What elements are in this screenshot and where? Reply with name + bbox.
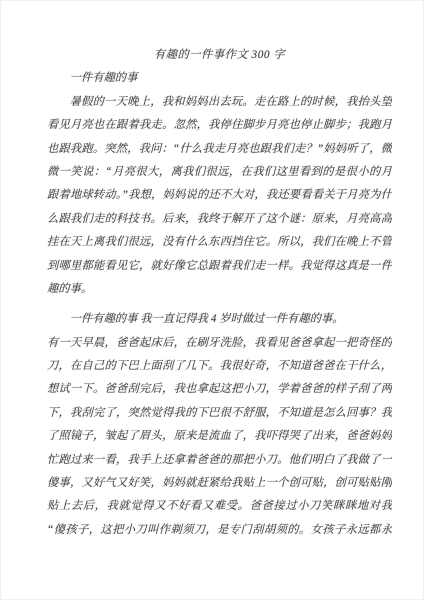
essay1-line: 趣的事。 — [47, 278, 392, 301]
essay1-line: 跟着地球转动。”我想，妈妈说的还不大对，我还要看看关于月亮为什 — [47, 184, 392, 207]
essay1-line: 暑假的一天晚上，我和妈妈出去玩。走在路上的时候，我抬头望天， — [47, 91, 392, 114]
essay2-line: 有一天早晨，爸爸起床后，在刷牙洗脸，我看见爸爸拿起一把奇怪的小 — [47, 332, 392, 355]
essay2-line: 了照镜子，皱起了眉头，原来是流血了，我吓得哭了出来，爸爸妈妈连 — [47, 425, 392, 448]
essay1-line: 挂在天上离我们很远，没有什么东西挡住它。所以，我们在晚上不管走 — [47, 231, 392, 254]
essay2-line: “傻孩子，这把小刀叫作剃须刀，是专门刮胡须的。女孩子永远都永远 — [47, 519, 392, 542]
essay2-line: 想试一下。爸爸刮完后，我也拿起这把小刀，学着爸爸的样子刮了两 — [47, 378, 392, 401]
essay1-line: 看见月亮也在跟着我走。忽然，我停住脚步月亮也停止脚步；我跑月亮 — [47, 114, 392, 137]
paragraph-spacer — [47, 301, 392, 308]
essay1-heading: 一件有趣的事 — [47, 67, 392, 90]
essay2-line: 贴上去后，我就觉得又不好看又难受。爸爸接过小刀笑眯眯地对我说： — [47, 495, 392, 518]
document-page: 有趣的一件事作文 300 字 一件有趣的事 暑假的一天晚上，我和妈妈出去玩。走在… — [0, 0, 424, 600]
essay-title: 有趣的一件事作文 300 字 — [47, 44, 392, 67]
essay1-line: 微一笑说：“月亮很大，离我们很远，在我们这里看到的是很小的月亮 — [47, 161, 392, 184]
essay2-line: 忙跑过来一看，我手上还拿着爸爸的那把小刀。他们明白了我做了一件 — [47, 449, 392, 472]
essay2-line: 下，我刮完了，突然觉得我的下巴很不舒服，不知道是怎么回事？我照 — [47, 402, 392, 425]
essay1-line: 么跟我们走的科技书。后来，我终于解开了这个谜：原来，月亮高高地 — [47, 208, 392, 231]
essay1-line: 到哪里都能看见它，就好像它总跟着我们走一样。我觉得这真是一件有 — [47, 255, 392, 278]
essay2-intro-line: 一件有趣的事 我一直记得我 4 岁时做过一件有趣的事。 — [47, 308, 392, 331]
essay2-line: 傻事，又好气又好笑，妈妈就赶紧给我贴上一个创可贴，创可贴贴刚刚 — [47, 472, 392, 495]
essay2-line: 刀，在自己的下巴上面刮了几下。我很好奇，不知道爸爸在干什么，也 — [47, 355, 392, 378]
essay1-line: 也跟我跑。突然，我问：“什么我走月亮也跟我们走？”妈妈听了，微 — [47, 138, 392, 161]
